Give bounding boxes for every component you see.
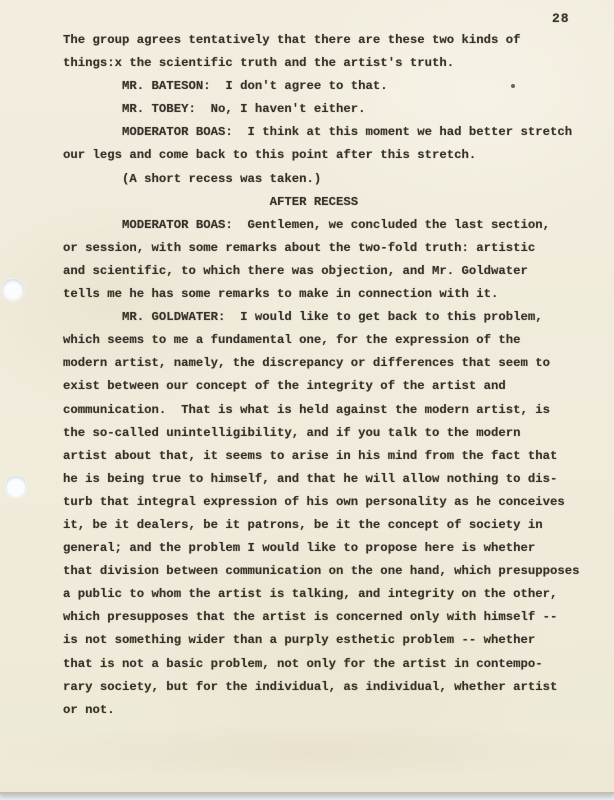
text-line: rary society, but for the individual, as… (63, 676, 580, 699)
text-line: it, be it dealers, be it patrons, be it … (63, 514, 580, 537)
text-line: turb that integral expression of his own… (63, 491, 580, 514)
text-line: artist about that, it seems to arise in … (63, 445, 580, 468)
text-line: MR. GOLDWATER: I would like to get back … (63, 306, 580, 329)
text-line: The group agrees tentatively that there … (63, 29, 580, 52)
scan-background: 28 The group agrees tentatively that the… (0, 0, 614, 800)
text-line: our legs and come back to this point aft… (63, 144, 580, 167)
text-line: that division between communication on t… (63, 560, 580, 583)
punch-hole-top (2, 279, 24, 301)
text-line: and scientific, to which there was objec… (63, 260, 580, 283)
text-line: MR. BATESON: I don't agree to that. (63, 75, 580, 98)
text-line: things:x the scientific truth and the ar… (63, 52, 580, 75)
text-line: he is being true to himself, and that he… (63, 468, 580, 491)
punch-hole-bottom (5, 476, 27, 498)
text-line: or session, with some remarks about the … (63, 237, 580, 260)
text-line: general; and the problem I would like to… (63, 537, 580, 560)
text-line: exist between our concept of the integri… (63, 375, 580, 398)
text-line: which seems to me a fundamental one, for… (63, 329, 580, 352)
text-line: or not. (63, 699, 580, 722)
text-line: MR. TOBEY: No, I haven't either. (63, 98, 580, 121)
text-line: AFTER RECESS (63, 191, 580, 214)
text-line: a public to whom the artist is talking, … (63, 583, 580, 606)
text-line: modern artist, namely, the discrepancy o… (63, 352, 580, 375)
text-line: the so-called unintelligibility, and if … (63, 422, 580, 445)
page-number: 28 (552, 11, 570, 26)
text-line: that is not a basic problem, not only fo… (63, 653, 580, 676)
text-line: which presupposes that the artist is con… (63, 606, 580, 629)
text-line: tells me he has some remarks to make in … (63, 283, 580, 306)
text-line: is not something wider than a purply est… (63, 629, 580, 652)
text-line: (A short recess was taken.) (63, 168, 580, 191)
text-line: communication. That is what is held agai… (63, 399, 580, 422)
document-page: 28 The group agrees tentatively that the… (0, 0, 614, 794)
ink-speck-artifact (511, 84, 515, 88)
text-line: MODERATOR BOAS: Gentlemen, we concluded … (63, 214, 580, 237)
text-line: MODERATOR BOAS: I think at this moment w… (63, 121, 580, 144)
document-text: The group agrees tentatively that there … (63, 29, 580, 722)
